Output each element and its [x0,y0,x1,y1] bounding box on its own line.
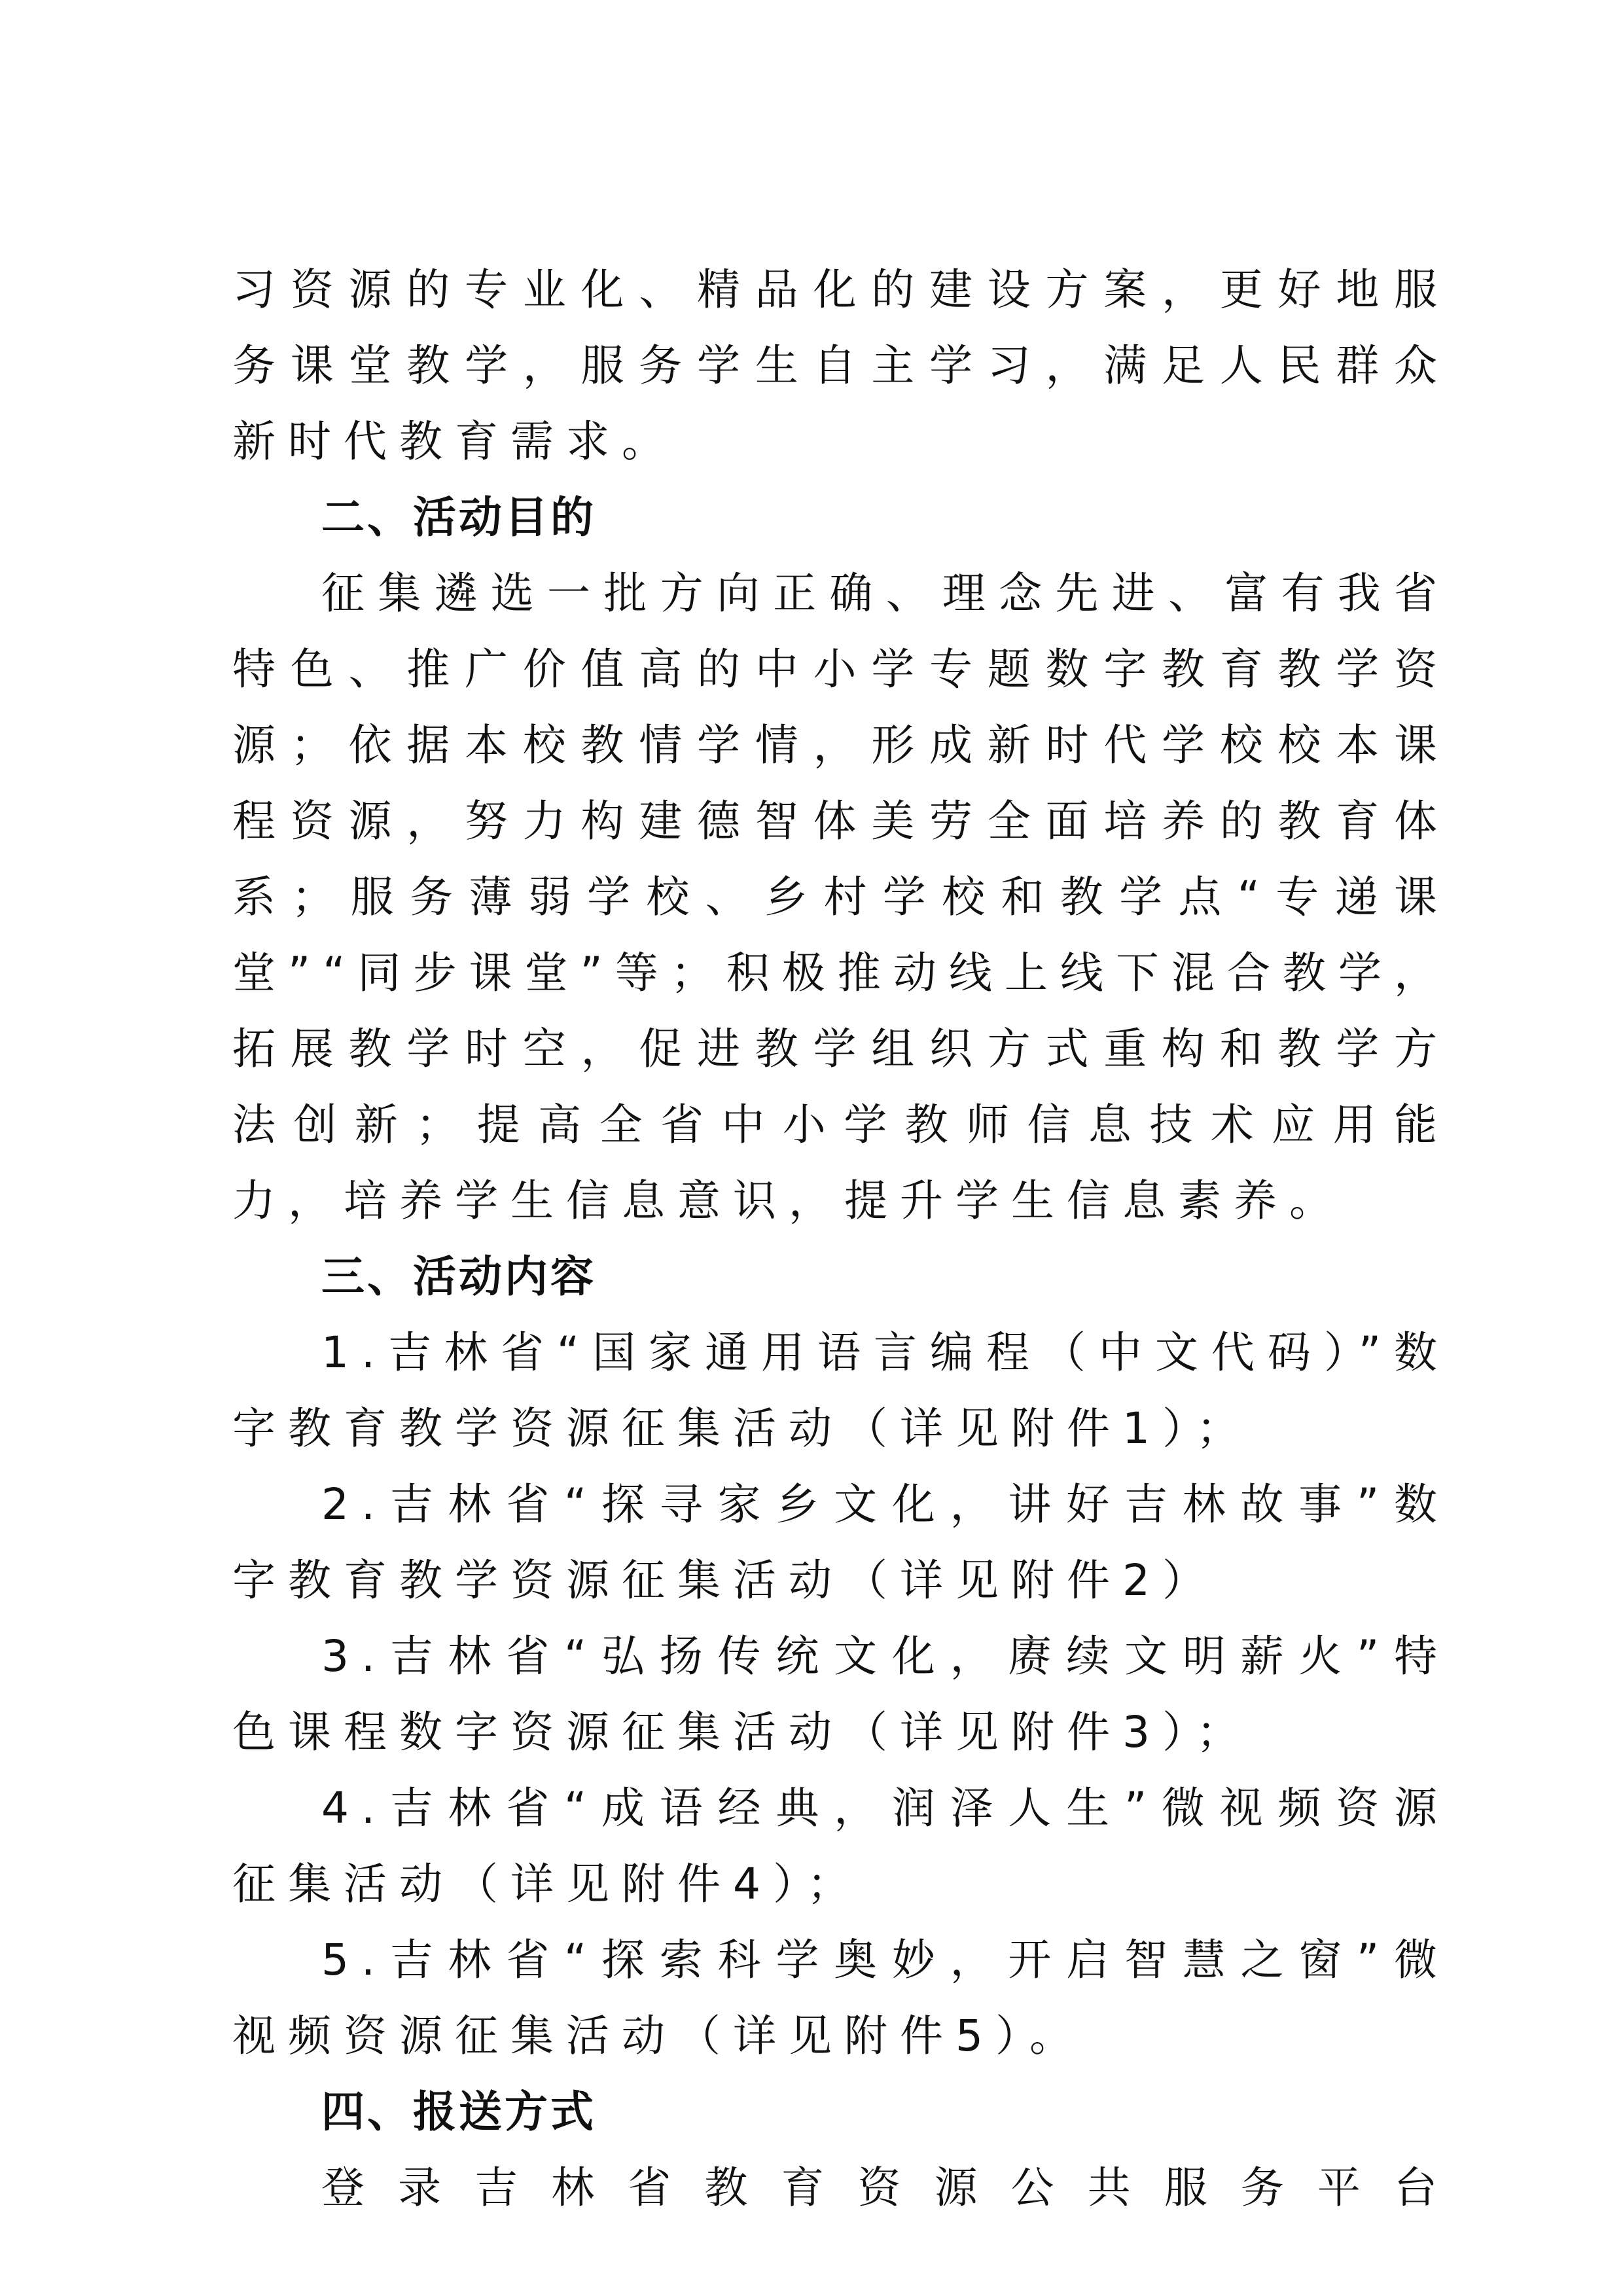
list-item-activity-5: 5.吉林省“探索科学奥妙，开启智慧之窗”微视频资源征集活动（详见附件5）。 [232,1922,1450,2074]
document-page: 习资源的专业化、精品化的建设方案，更好地服务课堂教学，服务学生自主学习，满足人民… [232,252,1450,2226]
section-heading-2-purpose: 二、活动目的 [232,480,1450,556]
list-item-activity-3: 3.吉林省“弘扬传统文化，赓续文明薪火”特色课程数字资源征集活动（详见附件3）； [232,1619,1450,1770]
paragraph-submission-method: 登录吉林省教育资源公共服务平台 [232,2150,1450,2226]
paragraph-purpose: 征集遴选一批方向正确、理念先进、富有我省特色、推广价值高的中小学专题数字教育教学… [232,556,1450,1239]
list-item-activity-2: 2.吉林省“探寻家乡文化，讲好吉林故事”数字教育教学资源征集活动（详见附件2） [232,1467,1450,1619]
paragraph-continuation-intro: 习资源的专业化、精品化的建设方案，更好地服务课堂教学，服务学生自主学习，满足人民… [232,252,1450,480]
section-heading-3-content: 三、活动内容 [232,1239,1450,1315]
list-item-activity-1: 1.吉林省“国家通用语言编程（中文代码）”数字教育教学资源征集活动（详见附件1）… [232,1315,1450,1467]
list-item-activity-4: 4.吉林省“成语经典，润泽人生”微视频资源征集活动（详见附件4）； [232,1770,1450,1922]
section-heading-4-submission: 四、报送方式 [232,2074,1450,2150]
